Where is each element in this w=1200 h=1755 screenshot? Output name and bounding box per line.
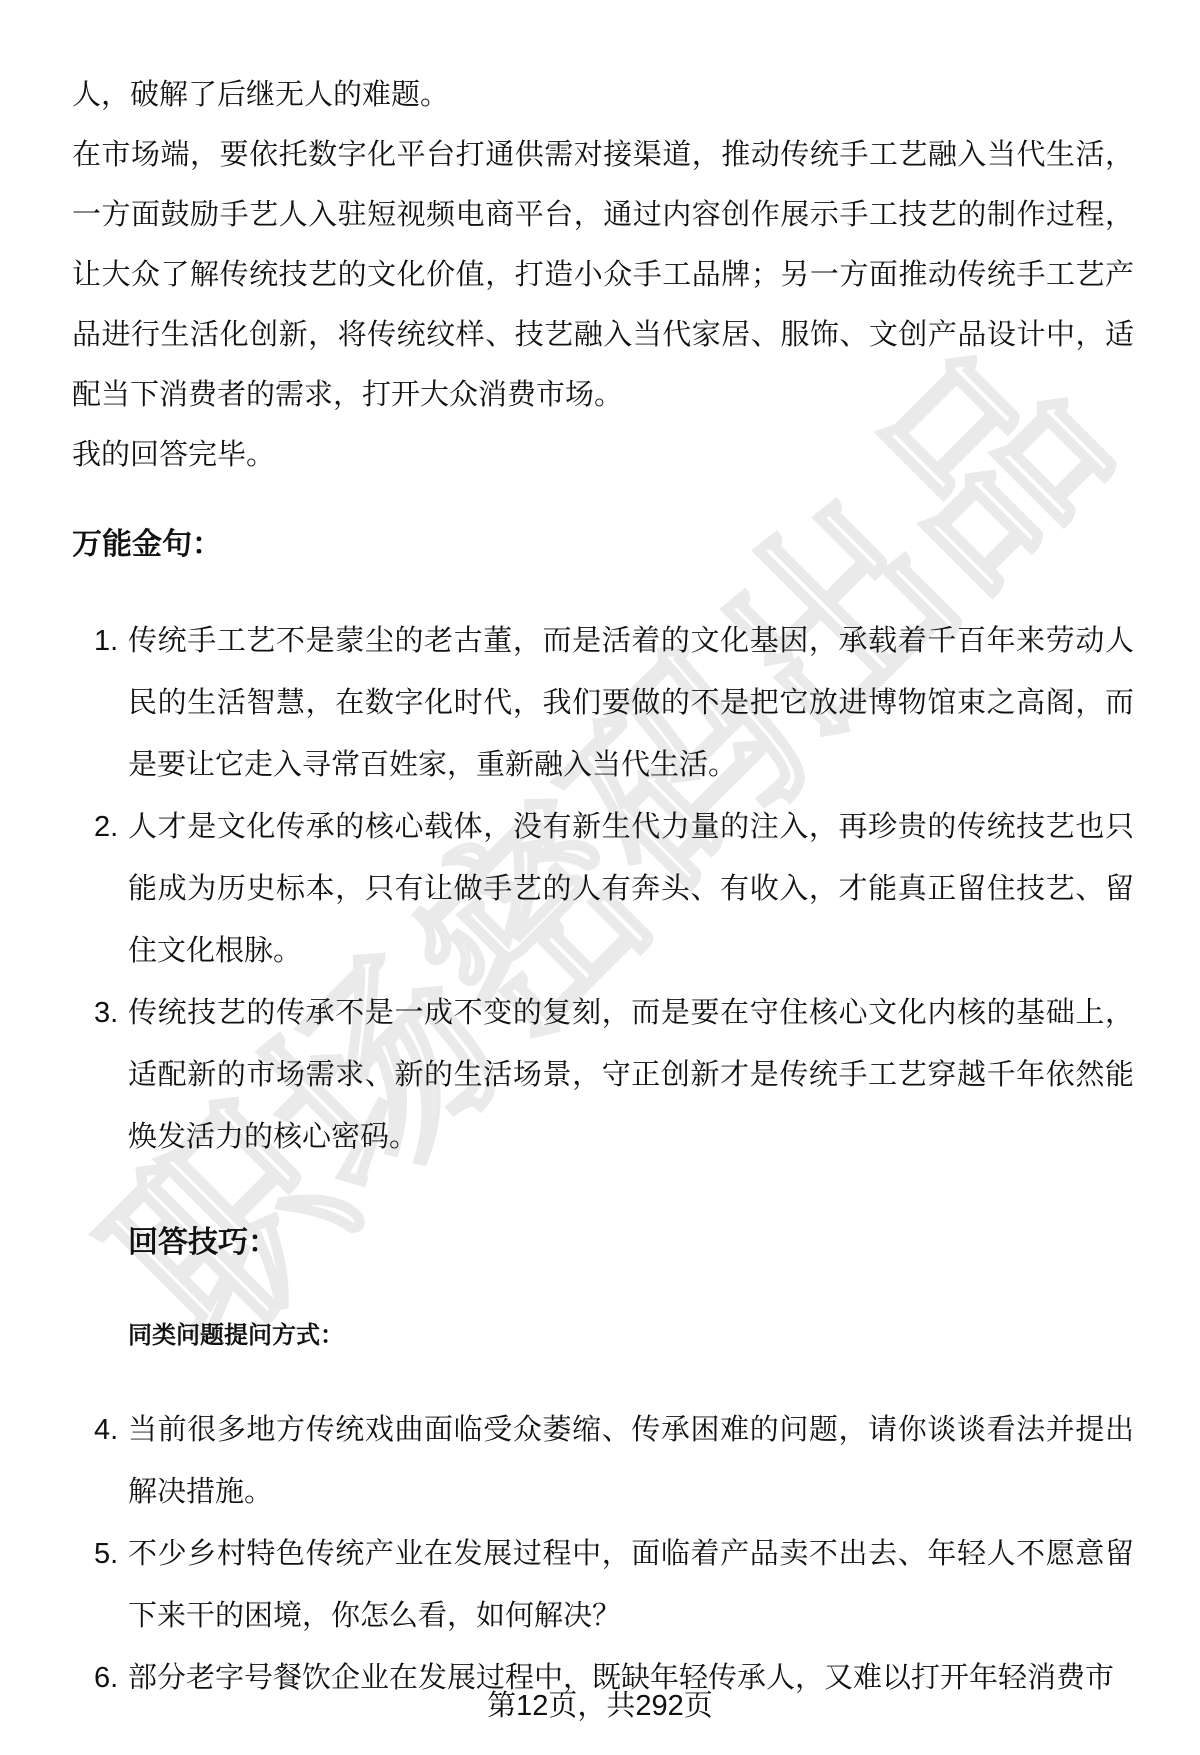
list-item: 1. 传统手工艺不是蒙尘的老古董，而是活着的文化基因，承载着千百年来劳动人民的生… <box>94 610 1134 796</box>
page-content: 人，破解了后继无人的难题。 在市场端，要依托数字化平台打通供需对接渠道，推动传统… <box>0 0 1200 1709</box>
section-heading-similar-questions: 同类问题提问方式： <box>128 1311 1134 1361</box>
item-text: 人才是文化传承的核心载体，没有新生代力量的注入，再珍贵的传统技艺也只能成为历史标… <box>128 796 1134 982</box>
document-page: 职场密码出品 人，破解了后继无人的难题。 在市场端，要依托数字化平台打通供需对接… <box>0 0 1200 1755</box>
section-heading-answer-technique: 回答技巧： <box>128 1213 1134 1273</box>
page-footer: 第12页，共292页 <box>0 1686 1200 1726</box>
similar-questions-list: 4. 当前很多地方传统戏曲面临受众萎缩、传承困难的问题，请你谈谈看法并提出解决措… <box>72 1399 1134 1709</box>
list-item: 4. 当前很多地方传统戏曲面临受众萎缩、传承困难的问题，请你谈谈看法并提出解决措… <box>94 1399 1134 1523</box>
item-number: 1. <box>94 610 128 796</box>
paragraph: 在市场端，要依托数字化平台打通供需对接渠道，推动传统手工艺融入当代生活，一方面鼓… <box>72 125 1134 425</box>
item-text: 传统技艺的传承不是一成不变的复刻，而是要在守住核心文化内核的基础上，适配新的市场… <box>128 982 1134 1168</box>
page-number-label: 第12页，共292页 <box>487 1690 713 1722</box>
item-text: 不少乡村特色传统产业在发展过程中，面临着产品卖不出去、年轻人不愿意留下来干的困境… <box>128 1523 1134 1647</box>
item-number: 2. <box>94 796 128 982</box>
item-text: 传统手工艺不是蒙尘的老古董，而是活着的文化基因，承载着千百年来劳动人民的生活智慧… <box>128 610 1134 796</box>
list-item: 3. 传统技艺的传承不是一成不变的复刻，而是要在守住核心文化内核的基础上，适配新… <box>94 982 1134 1168</box>
list-item: 5. 不少乡村特色传统产业在发展过程中，面临着产品卖不出去、年轻人不愿意留下来干… <box>94 1523 1134 1647</box>
golden-sentences-list: 1. 传统手工艺不是蒙尘的老古董，而是活着的文化基因，承载着千百年来劳动人民的生… <box>72 610 1134 1168</box>
section-heading-golden-sentences: 万能金句： <box>72 515 1134 575</box>
paragraph: 人，破解了后继无人的难题。 <box>72 65 1134 125</box>
list-item: 2. 人才是文化传承的核心载体，没有新生代力量的注入，再珍贵的传统技艺也只能成为… <box>94 796 1134 982</box>
item-text: 当前很多地方传统戏曲面临受众萎缩、传承困难的问题，请你谈谈看法并提出解决措施。 <box>128 1399 1134 1523</box>
paragraph: 我的回答完毕。 <box>72 425 1134 485</box>
item-number: 5. <box>94 1523 128 1647</box>
item-number: 3. <box>94 982 128 1168</box>
item-number: 4. <box>94 1399 128 1523</box>
